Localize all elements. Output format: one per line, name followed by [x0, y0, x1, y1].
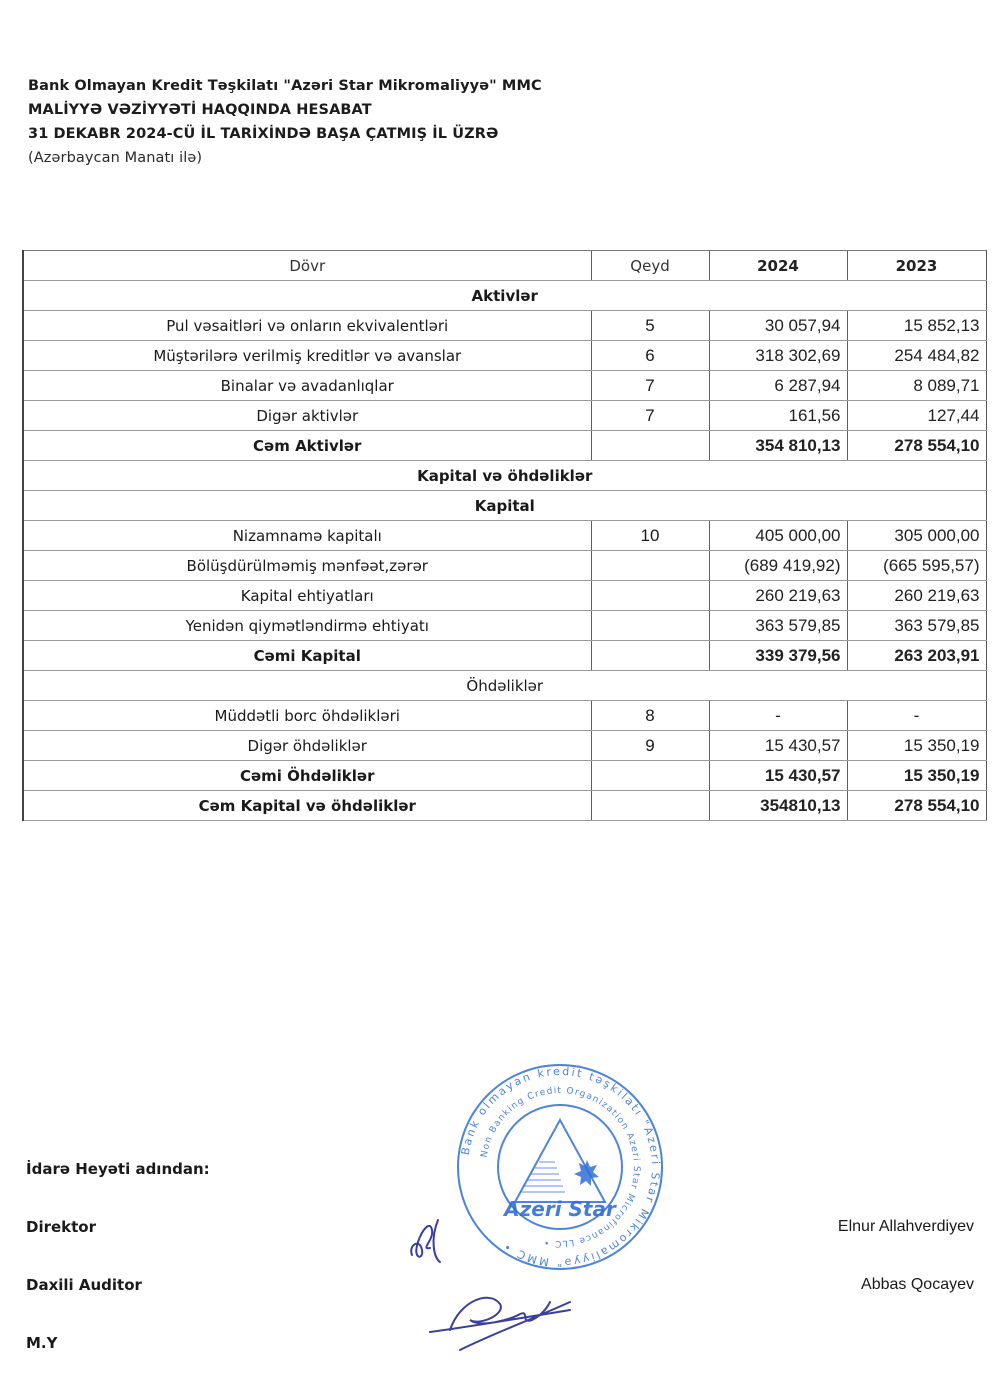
row-value-2023: 15 350,19 — [847, 731, 986, 761]
row-note: 9 — [591, 731, 709, 761]
table-row: Pul vəsaitləri və onların ekvivalentləri… — [23, 311, 986, 341]
column-header-2023: 2023 — [847, 251, 986, 281]
stamp-inner-text: Non Banking Credit Organization Azeri St… — [480, 1086, 641, 1248]
balance-sheet-table: Dövr Qeyd 2024 2023 Aktivlər Pul vəsaitl… — [22, 250, 987, 821]
row-value-2024: 15 430,57 — [709, 761, 847, 791]
row-note: 10 — [591, 521, 709, 551]
row-value-2023: 363 579,85 — [847, 611, 986, 641]
row-label: Cəm Aktivlər — [23, 431, 591, 461]
report-title: MALİYYƏ VƏZİYYƏTİ HAQQINDA HESABAT — [28, 98, 542, 122]
row-value-2023: 278 554,10 — [847, 431, 986, 461]
row-label: Binalar və avadanlıqlar — [23, 371, 591, 401]
row-value-2023: (665 595,57) — [847, 551, 986, 581]
row-value-2023: 305 000,00 — [847, 521, 986, 551]
row-value-2024: 6 287,94 — [709, 371, 847, 401]
table-row: Digər aktivlər7161,56127,44 — [23, 401, 986, 431]
director-label: Direktor — [26, 1218, 96, 1236]
row-note — [591, 581, 709, 611]
total-row: Cəmi Öhdəliklər15 430,5715 350,19 — [23, 761, 986, 791]
row-label: Pul vəsaitləri və onların ekvivalentləri — [23, 311, 591, 341]
section-equity: Kapital — [23, 491, 986, 521]
row-label: Cəmi Kapital — [23, 641, 591, 671]
company-name: Bank Olmayan Kredit Təşkilatı "Azəri Sta… — [28, 74, 542, 98]
row-value-2024: 15 430,57 — [709, 731, 847, 761]
row-label: Müştərilərə verilmiş kreditlər və avansl… — [23, 341, 591, 371]
row-note: 5 — [591, 311, 709, 341]
table-row: Digər öhdəliklər915 430,5715 350,19 — [23, 731, 986, 761]
row-value-2024: (689 419,92) — [709, 551, 847, 581]
company-stamp-icon: Bank olmayan kredit təşkilatı "Azeri Sta… — [455, 1062, 665, 1272]
row-value-2024: 339 379,56 — [709, 641, 847, 671]
seal-label: M.Y — [26, 1334, 58, 1352]
section-row: Kapital — [23, 491, 986, 521]
director-signature-icon — [400, 1200, 480, 1270]
row-note — [591, 641, 709, 671]
table-row: Nizamnamə kapitalı10405 000,00305 000,00 — [23, 521, 986, 551]
row-value-2024: 260 219,63 — [709, 581, 847, 611]
section-row: Öhdəliklər — [23, 671, 986, 701]
row-label: Kapital ehtiyatları — [23, 581, 591, 611]
row-value-2023: - — [847, 701, 986, 731]
row-value-2023: 8 089,71 — [847, 371, 986, 401]
row-label: Digər öhdəliklər — [23, 731, 591, 761]
row-value-2023: 263 203,91 — [847, 641, 986, 671]
director-name: Elnur Allahverdiyev — [838, 1218, 974, 1236]
column-header-period: Dövr — [23, 251, 591, 281]
row-note: 7 — [591, 401, 709, 431]
row-note: 6 — [591, 341, 709, 371]
auditor-label: Daxili Auditor — [26, 1276, 142, 1294]
row-label: Yenidən qiymətləndirmə ehtiyatı — [23, 611, 591, 641]
row-value-2023: 260 219,63 — [847, 581, 986, 611]
svg-text:Non Banking Credit Organizatio: Non Banking Credit Organization Azeri St… — [480, 1086, 641, 1248]
row-value-2024: 161,56 — [709, 401, 847, 431]
report-header: Bank Olmayan Kredit Təşkilatı "Azəri Sta… — [28, 74, 542, 170]
stamp-logo-icon: Azeri Star — [502, 1120, 617, 1221]
row-value-2023: 127,44 — [847, 401, 986, 431]
section-liabilities: Öhdəliklər — [23, 671, 986, 701]
row-value-2024: 405 000,00 — [709, 521, 847, 551]
total-row: Cəm Kapital və öhdəliklər354810,13278 55… — [23, 791, 986, 821]
table-row: Yenidən qiymətləndirmə ehtiyatı363 579,8… — [23, 611, 986, 641]
row-value-2024: 363 579,85 — [709, 611, 847, 641]
row-label: Cəmi Öhdəliklər — [23, 761, 591, 791]
total-row: Cəm Aktivlər354 810,13278 554,10 — [23, 431, 986, 461]
row-value-2023: 254 484,82 — [847, 341, 986, 371]
section-row: Aktivlər — [23, 281, 986, 311]
row-note: 7 — [591, 371, 709, 401]
table-row: Müddətli borc öhdəlikləri8-- — [23, 701, 986, 731]
table-row: Binalar və avadanlıqlar76 287,948 089,71 — [23, 371, 986, 401]
row-value-2023: 15 852,13 — [847, 311, 986, 341]
table-row: Kapital ehtiyatları260 219,63260 219,63 — [23, 581, 986, 611]
column-header-2024: 2024 — [709, 251, 847, 281]
row-label: Digər aktivlər — [23, 401, 591, 431]
auditor-name: Abbas Qocayev — [861, 1276, 974, 1294]
stamp-logo-text: Azeri Star — [502, 1197, 617, 1221]
section-row: Kapital və öhdəliklər — [23, 461, 986, 491]
column-header-note: Qeyd — [591, 251, 709, 281]
auditor-signature-icon — [420, 1280, 600, 1360]
row-value-2024: 354810,13 — [709, 791, 847, 821]
board-label: İdarə Heyəti adından: — [26, 1160, 210, 1178]
row-value-2023: 278 554,10 — [847, 791, 986, 821]
row-label: Cəm Kapital və öhdəliklər — [23, 791, 591, 821]
row-note — [591, 431, 709, 461]
table-row: Müştərilərə verilmiş kreditlər və avansl… — [23, 341, 986, 371]
report-period: 31 DEKABR 2024-CÜ İL TARİXİNDƏ BAŞA ÇATM… — [28, 122, 542, 146]
row-value-2023: 15 350,19 — [847, 761, 986, 791]
row-note — [591, 551, 709, 581]
row-value-2024: 354 810,13 — [709, 431, 847, 461]
row-value-2024: 30 057,94 — [709, 311, 847, 341]
section-assets: Aktivlər — [23, 281, 986, 311]
row-label: Nizamnamə kapitalı — [23, 521, 591, 551]
currency-note: (Azərbaycan Manatı ilə) — [28, 146, 542, 170]
table-header-row: Dövr Qeyd 2024 2023 — [23, 251, 986, 281]
row-label: Müddətli borc öhdəlikləri — [23, 701, 591, 731]
section-equity-liabilities: Kapital və öhdəliklər — [23, 461, 986, 491]
total-row: Cəmi Kapital339 379,56263 203,91 — [23, 641, 986, 671]
row-value-2024: 318 302,69 — [709, 341, 847, 371]
row-value-2024: - — [709, 701, 847, 731]
row-note — [591, 791, 709, 821]
row-note — [591, 761, 709, 791]
row-label: Bölüşdürülməmiş mənfəət,zərər — [23, 551, 591, 581]
row-note — [591, 611, 709, 641]
table-row: Bölüşdürülməmiş mənfəət,zərər(689 419,92… — [23, 551, 986, 581]
row-note: 8 — [591, 701, 709, 731]
